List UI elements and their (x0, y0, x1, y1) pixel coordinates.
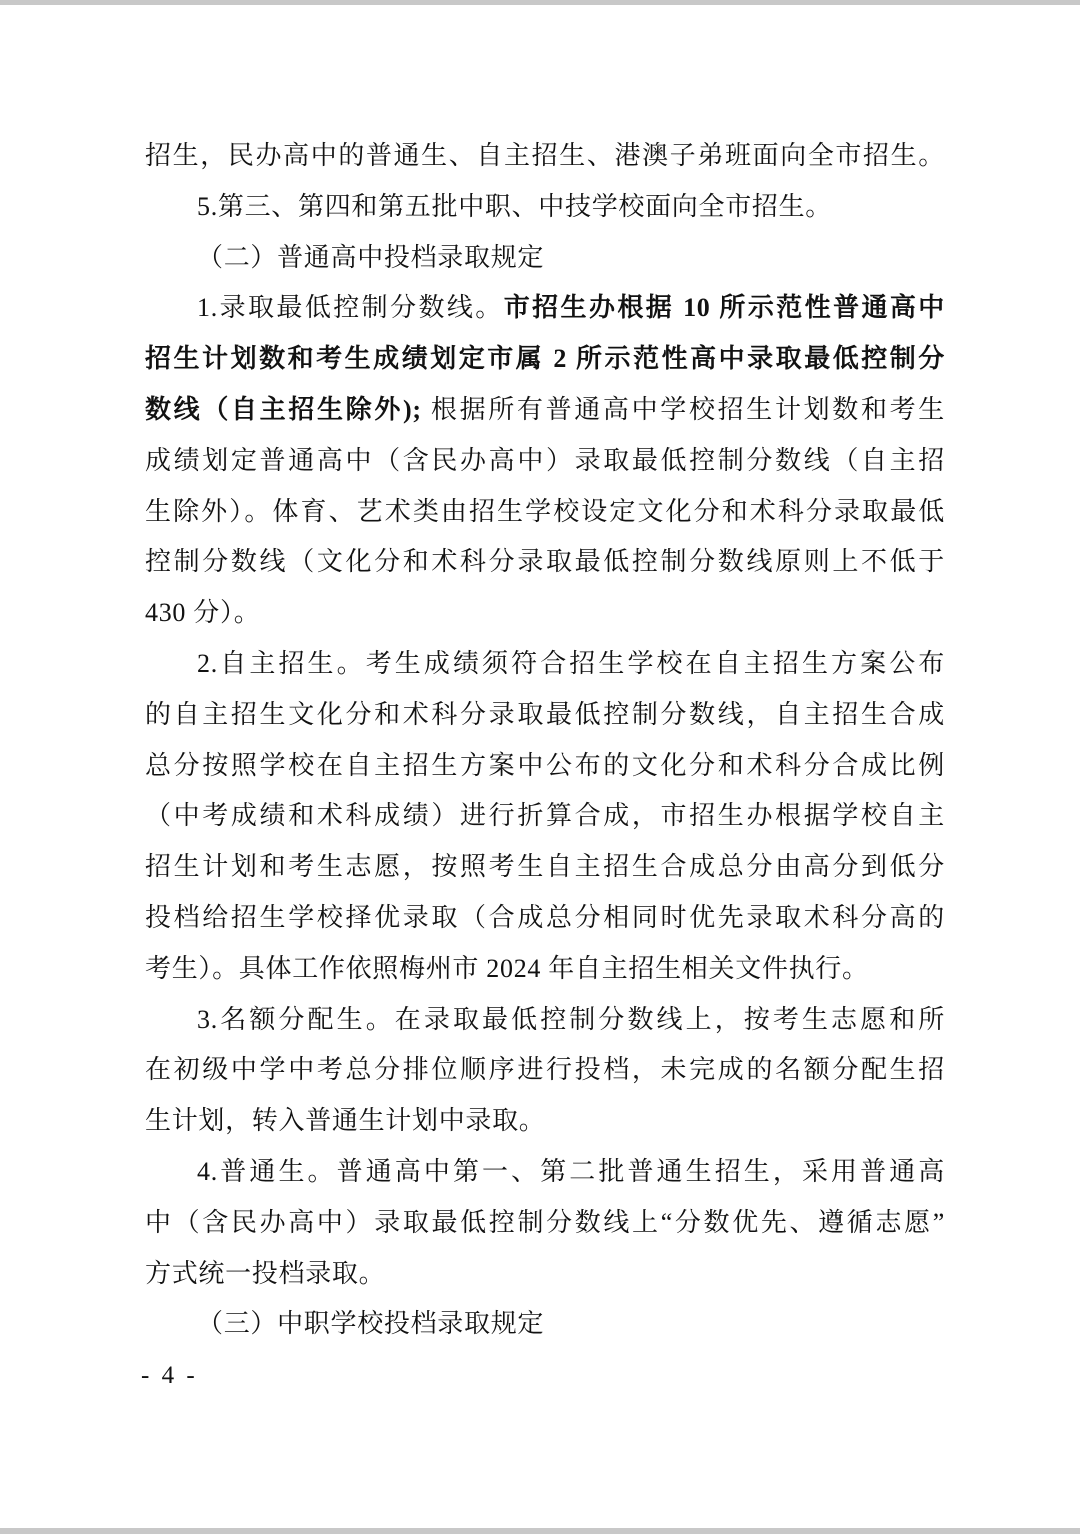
text-run: 投档给招生学校择优录取（合成总分相同时优先录取术科分高的 (145, 903, 945, 932)
text-run: 4.普通生。普通高中第一、第二批普通生招生，采用普通高 (197, 1157, 945, 1186)
text-line: 生除外）。体育、艺术类由招生学校设定文化分和术科分录取最低 (145, 487, 945, 538)
text-line: 方式统一投档录取。 (145, 1249, 945, 1300)
text-run: 3.名额分配生。在录取最低控制分数线上，按考生志愿和所 (197, 1005, 945, 1034)
text-run: 考生）。具体工作依照梅州市 2024 年自主招生相关文件执行。 (145, 954, 869, 983)
text-run: 招生，民办高中的普通生、自主招生、港澳子弟班面向全市招生。 (145, 141, 945, 170)
text-line: 2.自主招生。考生成绩须符合招生学校在自主招生方案公布 (145, 639, 945, 690)
page-number: - 4 - (141, 1362, 198, 1390)
text-run: 中（含民办高中）录取最低控制分数线上“分数优先、遵循志愿” (145, 1208, 945, 1237)
section-heading: （三）中职学校投档录取规定 (145, 1299, 945, 1350)
text-line: 考生）。具体工作依照梅州市 2024 年自主招生相关文件执行。 (145, 944, 945, 995)
text-line: 的自主招生文化分和术科分录取最低控制分数线，自主招生合成 (145, 690, 945, 741)
text-line: 招生计划数和考生成绩划定市属 2 所示范性高中录取最低控制分 (145, 334, 945, 385)
text-line: 总分按照学校在自主招生方案中公布的文化分和术科分合成比例 (145, 741, 945, 792)
text-line: 430 分）。 (145, 588, 945, 639)
text-line: 投档给招生学校择优录取（合成总分相同时优先录取术科分高的 (145, 893, 945, 944)
text-line: 4.普通生。普通高中第一、第二批普通生招生，采用普通高 (145, 1147, 945, 1198)
text-line: 控制分数线（文化分和术科分录取最低控制分数线原则上不低于 (145, 537, 945, 588)
text-run: 在初级中学中考总分排位顺序进行投档，未完成的名额分配生招 (145, 1055, 945, 1084)
text-run: 成绩划定普通高中（含民办高中）录取最低控制分数线（自主招 (145, 446, 945, 475)
text-run: （三）中职学校投档录取规定 (197, 1309, 544, 1338)
text-line: 3.名额分配生。在录取最低控制分数线上，按考生志愿和所 (145, 995, 945, 1046)
text-run: 根据所有普通高中学校招生计划数和考生 (422, 395, 945, 424)
section-heading: （二）普通高中投档录取规定 (145, 233, 945, 284)
document-body: 招生，民办高中的普通生、自主招生、港澳子弟班面向全市招生。5.第三、第四和第五批… (145, 131, 945, 1350)
text-line: 生计划，转入普通生计划中录取。 (145, 1096, 945, 1147)
text-run: 总分按照学校在自主招生方案中公布的文化分和术科分合成比例 (145, 751, 945, 780)
text-run: 5.第三、第四和第五批中职、中技学校面向全市招生。 (197, 192, 832, 221)
text-line: 数线（自主招生除外); 根据所有普通高中学校招生计划数和考生 (145, 385, 945, 436)
text-run: 的自主招生文化分和术科分录取最低控制分数线，自主招生合成 (145, 700, 945, 729)
text-line: 招生计划和考生志愿，按照考生自主招生合成总分由高分到低分 (145, 842, 945, 893)
text-run: 1.录取最低控制分数线。 (197, 293, 504, 322)
document-viewer: 招生，民办高中的普通生、自主招生、港澳子弟班面向全市招生。5.第三、第四和第五批… (0, 0, 1080, 1534)
text-run: （二）普通高中投档录取规定 (197, 243, 544, 272)
text-run: 招生计划和考生志愿，按照考生自主招生合成总分由高分到低分 (145, 852, 945, 881)
text-run: 方式统一投档录取。 (145, 1259, 385, 1288)
text-run: 生除外）。体育、艺术类由招生学校设定文化分和术科分录取最低 (145, 497, 945, 526)
text-line: 招生，民办高中的普通生、自主招生、港澳子弟班面向全市招生。 (145, 131, 945, 182)
text-run: 2.自主招生。考生成绩须符合招生学校在自主招生方案公布 (197, 649, 945, 678)
text-line: 在初级中学中考总分排位顺序进行投档，未完成的名额分配生招 (145, 1045, 945, 1096)
text-line: 中（含民办高中）录取最低控制分数线上“分数优先、遵循志愿” (145, 1198, 945, 1249)
text-run: 430 分）。 (145, 598, 260, 627)
bold-text-run: 市招生办根据 10 所示范性普通高中 (504, 293, 945, 322)
text-line: 5.第三、第四和第五批中职、中技学校面向全市招生。 (145, 182, 945, 233)
text-line: 1.录取最低控制分数线。市招生办根据 10 所示范性普通高中 (145, 283, 945, 334)
bold-text-run: 数线（自主招生除外); (145, 395, 422, 424)
text-line: 成绩划定普通高中（含民办高中）录取最低控制分数线（自主招 (145, 436, 945, 487)
page-edge-top (0, 0, 1080, 5)
text-run: 控制分数线（文化分和术科分录取最低控制分数线原则上不低于 (145, 547, 945, 576)
text-run: 生计划，转入普通生计划中录取。 (145, 1106, 546, 1135)
bold-text-run: 招生计划数和考生成绩划定市属 2 所示范性高中录取最低控制分 (145, 344, 945, 373)
text-run: （中考成绩和术科成绩）进行折算合成，市招生办根据学校自主 (145, 801, 945, 830)
text-line: （中考成绩和术科成绩）进行折算合成，市招生办根据学校自主 (145, 791, 945, 842)
page-edge-bottom (0, 1528, 1080, 1534)
